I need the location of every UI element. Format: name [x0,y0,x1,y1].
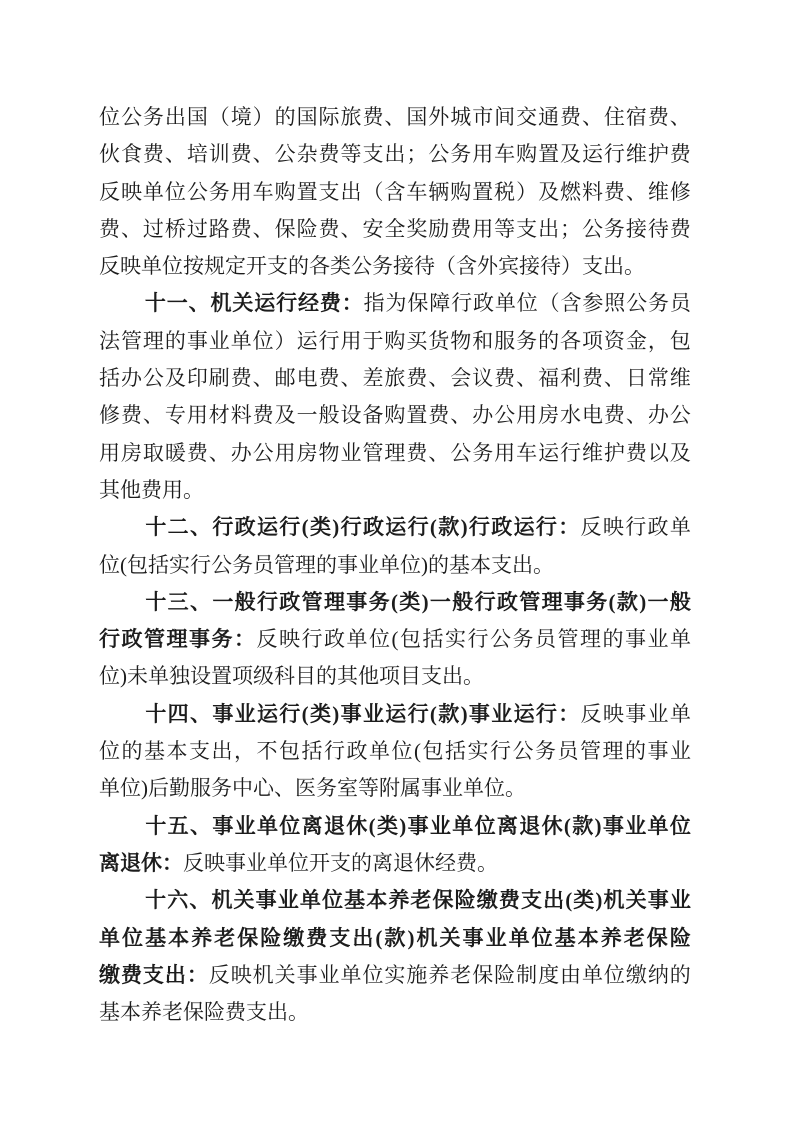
text-char: ， [648,323,669,360]
text-char: 的 [122,733,143,770]
text-char: 行 [279,696,300,733]
text-char: 、 [190,696,211,733]
text-char: 费 [187,435,208,472]
text-char: 行 [625,509,646,546]
text-char: 业 [648,621,669,658]
text-char: 理 [384,435,405,472]
text-char: 单 [347,621,368,658]
text-char: 反 [257,621,278,658]
text-char: 保 [407,285,428,322]
text-char: 励 [428,211,449,248]
paragraph: 十一、机关运行经费：指为保障行政单位（含参照公务员法管理的事业单位）运行用于购买… [99,285,691,509]
text-char: ； [406,136,427,173]
text-char: 行 [560,435,581,472]
text-char: ） [516,174,537,211]
text-char: 办 [121,360,142,397]
text-char: ) [595,808,602,845]
text-char: 由 [560,957,581,994]
text-char: 用 [516,397,537,434]
text-char: 本 [366,882,387,919]
text-char: （ [209,99,230,136]
text-char: 以 [648,435,669,472]
text-char: 老 [410,882,431,919]
text-char: 务 [472,435,493,472]
text-char: 反 [581,696,602,733]
text-char: 行 [536,696,557,733]
text-char: 待 [648,211,669,248]
text-char: 行 [475,584,496,621]
text-char: 行 [469,509,490,546]
text-char: 费 [320,285,341,322]
text-char: 业 [670,733,691,770]
text-char: 老 [624,920,645,957]
text-char: 二 [168,509,189,546]
text-char: 实 [445,621,466,658]
text-char: 取 [143,435,164,472]
text-char: 机 [253,957,274,994]
text-char: 缴 [99,957,120,994]
text-char: 位 [322,882,343,919]
text-line: 缴费支出：反映机关事业单位实施养老保险制度由单位缴纳的 [99,957,691,994]
text-char: 政 [122,621,143,658]
text-char: 行 [257,584,278,621]
text-char: 及 [560,136,581,173]
text-char: 业 [278,882,299,919]
text-char: 款 [617,584,638,621]
text-char: 三 [168,584,189,621]
text-char: 保 [647,920,668,957]
text-char: 公 [275,136,296,173]
text-char: 日 [626,360,647,397]
text-char: 、 [165,136,186,173]
text-char: 货 [428,323,449,360]
text-char: 务 [516,323,537,360]
text-char: 业 [486,920,507,957]
text-char: 公 [450,435,471,472]
text-line: 行政管理事务：反映行政单位(包括实行公务员管理的事业单 [99,621,691,658]
text-char: 费 [319,360,340,397]
text-line: 十六、机关事业单位基本养老保险缴费支出(类)机关事业 [99,882,691,919]
text-char: ( [414,733,421,770]
text-char: 、 [670,99,691,136]
text-char: 经 [298,285,319,322]
text-char: 公 [121,99,142,136]
text-char: 政 [491,509,512,546]
text-line: 离退休：反映事业单位开支的离退休经费。 [99,845,691,882]
text-char: 基 [555,920,576,957]
text-char: ( [392,621,399,658]
text-char: 费 [231,360,252,397]
text-char: 政 [497,584,518,621]
text-char: 度 [538,957,559,994]
text-char: 运 [254,285,275,322]
text-char: 缴 [626,957,647,994]
text-char: 离 [302,808,323,845]
text-char: 过 [143,211,164,248]
text-char: 费 [670,136,691,173]
text-char: 、 [450,397,471,434]
paragraph-indent [99,832,144,833]
text-char: 购 [450,174,471,211]
text-char: 刷 [209,360,230,397]
text-char: 款 [384,920,405,957]
text-line: 十四、事业运行(类)事业运行(款)事业运行：反映事业单 [99,696,691,733]
text-char: 房 [121,435,142,472]
text-line: 十二、行政运行(类)行政运行(款)行政运行：反映行政单 [99,509,691,546]
text-char: ： [234,621,255,658]
text-char: 车 [253,174,274,211]
text-char: 六 [167,882,188,919]
text-char: 费 [499,882,520,919]
text-char: 常 [648,360,669,397]
text-char: 行 [468,621,489,658]
text-char: 公 [513,733,534,770]
text-char: 等 [340,136,361,173]
text-char: 政 [347,733,368,770]
text-char: 关 [626,882,647,919]
text-char: 出 [543,882,564,919]
text-char: 旅 [340,99,361,136]
text-char: 公 [143,360,164,397]
text-char: 行 [319,323,340,360]
text-char: 政 [473,285,494,322]
text-char: 、 [604,360,625,397]
text-char: 事 [341,696,362,733]
text-char: 障 [429,285,450,322]
text-char: 料 [231,397,252,434]
text-char: 类 [573,882,594,919]
text-line: 修费、专用材料费及一般设备购置费、办公用房水电费、办公 [99,397,691,434]
text-char: 运 [385,509,406,546]
text-char: 休 [346,808,367,845]
text-char: 购 [384,397,405,434]
text-char: 公 [582,211,603,248]
text-char: 事 [189,621,210,658]
text-char: 不 [257,733,278,770]
text-char: 办 [472,397,493,434]
text-char: 、 [516,360,537,397]
text-char: 用 [494,435,515,472]
text-char: 出 [212,733,233,770]
text-char: 出 [538,211,559,248]
text-char: 类 [310,509,331,546]
text-char: 业 [648,696,669,733]
text-line: 费、过桥过路费、保险费、安全奖励费用等支出；公务接待费 [99,211,691,248]
text-char: 各 [560,323,581,360]
text-char: 业 [625,808,646,845]
text-char: 、 [253,360,274,397]
text-char: 事 [463,920,484,957]
text-char: 位 [362,957,383,994]
text-line: 位公务出国（境）的国际旅费、国外城市间交通费、住宿费、 [99,99,691,136]
text-char: 单 [670,509,691,546]
text-char: 反 [99,174,120,211]
text-char: 事 [408,808,429,845]
text-char: 房 [538,397,559,434]
text-char: 关 [234,882,255,919]
text-char: 业 [430,808,451,845]
text-char: ( [391,584,398,621]
text-char: 关 [275,957,296,994]
text-char: 十 [145,509,166,546]
text-char: 运 [538,435,559,472]
text-char: 训 [209,136,230,173]
text-char: 行 [302,621,323,658]
text-char: 的 [603,621,624,658]
text-line: 其他费用。 [99,472,691,509]
text-char: 境 [231,99,252,136]
text-char: 购 [516,136,537,173]
text-char: 辆 [428,174,449,211]
text-line: 十五、事业单位离退休(类)事业单位离退休(款)事业单位 [99,808,691,845]
text-char: ) [399,808,406,845]
text-char: 务 [450,136,471,173]
text-segment: 位)未单独设置项级科目的其他项目支出。 [99,664,484,688]
text-char: 理 [324,584,345,621]
text-char: 关 [232,285,253,322]
text-char: 、 [253,211,274,248]
text-char: 类 [310,696,331,733]
text-char: 位 [253,323,274,360]
text-char: 老 [214,920,235,957]
text-char: ： [187,957,208,994]
text-char: 用 [187,397,208,434]
text-char: 单 [340,957,361,994]
text-char: 及 [670,435,691,472]
text-char: 政 [279,584,300,621]
text-segment: 单位)后勤服务中心、医务室等附属事业单位。 [99,776,526,800]
text-char: 位 [392,733,413,770]
paragraph-indent [99,533,144,534]
text-char: 费 [450,211,471,248]
text-char: 政 [648,509,669,546]
text-char: 位 [670,808,691,845]
text-char: 安 [362,211,383,248]
text-char: 离 [497,808,518,845]
text-char: 反 [209,957,230,994]
text-char: 纳 [648,957,669,994]
text-char: 单 [648,808,669,845]
text-char: 单 [582,957,603,994]
text-line: 法管理的事业单位）运行用于购买货物和服务的各项资金，包 [99,323,691,360]
text-char: 交 [516,99,537,136]
text-char: 买 [406,323,427,360]
paragraph-indent [99,309,144,310]
text-char: 运 [385,696,406,733]
text-char: 务 [369,584,390,621]
text-char: 位 [122,920,143,957]
text-char: 位 [99,733,120,770]
text-char: 费 [231,136,252,173]
text-char: 桥 [165,211,186,248]
text-char: 照 [604,285,625,322]
text-char: 议 [472,360,493,397]
text-char: 费 [99,211,120,248]
text-char: 购 [384,323,405,360]
text-char: 接 [626,211,647,248]
text-char: 旅 [384,360,405,397]
text-char: 运 [514,696,535,733]
text-char: 行 [451,285,472,322]
text-line: 单位)后勤服务中心、医务室等附属事业单位。 [99,770,691,807]
text-char: 、 [121,211,142,248]
text-char: ) [639,584,646,621]
text-char: 指 [364,285,385,322]
text-char: 公 [670,397,691,434]
text-char: 制 [516,957,537,994]
text-line: 用房取暖费、办公用房物业管理费、公务用车运行维护费以及 [99,435,691,472]
text-char: 映 [121,174,142,211]
text-char: 含 [561,285,582,322]
text-char: 电 [582,397,603,434]
text-char: 、 [143,397,164,434]
text-char: 、 [190,584,211,621]
text-char: 城 [450,99,471,136]
text-char: 运 [257,696,278,733]
text-char: 险 [455,882,476,919]
text-char: 、 [428,360,449,397]
text-char: 本 [168,920,189,957]
text-char: 括 [445,733,466,770]
text-char: 务 [209,174,230,211]
text-char: 务 [586,584,607,621]
text-char: 材 [209,397,230,434]
text-char: 单 [143,174,164,211]
text-char: 单 [231,323,252,360]
text-char: 费 [319,211,340,248]
text-char: 一 [430,584,451,621]
text-char: 差 [362,360,383,397]
text-char: 十 [145,808,166,845]
text-char: 住 [604,99,625,136]
text-char: 行 [212,509,233,546]
text-char: ； [560,211,581,248]
text-line: 位(包括实行公务员管理的事业单位)的基本支出。 [99,547,691,584]
text-char: 实 [468,733,489,770]
text-char: 、 [189,882,210,919]
text-char: 、 [582,99,603,136]
text-char: 费 [319,136,340,173]
text-char: 及 [538,174,559,211]
text-char: 单 [452,808,473,845]
text-char: 包 [670,323,691,360]
text-char: 单 [99,920,120,957]
text-char: 险 [494,957,515,994]
text-char: 基 [144,733,165,770]
text-char: 于 [362,323,383,360]
text-char: 单 [670,696,691,733]
text-char: 、 [253,136,274,173]
text-char: 通 [538,99,559,136]
text-char: 行 [276,285,297,322]
text-char: 业 [319,957,340,994]
text-char: 理 [603,733,624,770]
text-char: 备 [362,397,383,434]
text-char: 用 [99,435,120,472]
text-char: 费 [362,99,383,136]
text-char: 物 [450,323,471,360]
text-char: 出 [352,920,373,957]
text-char: 行 [341,509,362,546]
text-char: 事 [187,323,208,360]
text-char: 和 [472,323,493,360]
text-char: 伙 [99,136,120,173]
text-char: 、 [189,285,210,322]
text-char: 费 [231,211,252,248]
text-char: 事 [603,808,624,845]
text-char: 支 [189,733,210,770]
text-char: ) [461,696,468,733]
text-char: 行 [536,509,557,546]
text-char: 过 [187,211,208,248]
text-char: ： [558,696,579,733]
text-char: 全 [384,211,405,248]
text-char: ) [407,920,414,957]
text-char: 包 [400,621,421,658]
text-segment: 基本养老保险费支出。 [99,1000,309,1024]
text-char: 位 [604,957,625,994]
text-char: 行 [99,621,120,658]
text-char: 位 [517,285,538,322]
text-char: 单 [300,882,321,919]
text-char: 用 [472,136,493,173]
text-segment: 离退休： [99,851,183,875]
text-char: 般 [319,397,340,434]
text-char: 行 [604,136,625,173]
text-char: 支 [143,957,164,994]
text-char: 险 [670,920,691,957]
text-line: 括办公及印刷费、邮电费、差旅费、会议费、福利费、日常维 [99,360,691,397]
text-char: 费 [428,397,449,434]
text-char: 运 [514,509,535,546]
text-char: 事 [564,584,585,621]
text-char: 政 [235,509,256,546]
text-char: ) [461,509,468,546]
text-char: 款 [438,696,459,733]
text-char: 反 [581,509,602,546]
text-char: 费 [406,360,427,397]
text-char: 十 [145,696,166,733]
text-char: 十 [145,285,166,322]
text-char: 位 [99,99,120,136]
text-char: 四 [168,696,189,733]
text-char: 国 [297,99,318,136]
text-char: 管 [121,323,142,360]
text-char: 、 [190,808,211,845]
text-char: 本 [578,920,599,957]
text-char: 施 [406,957,427,994]
text-char: ： [342,285,363,322]
text-char: 事 [297,957,318,994]
text-char: 培 [187,136,208,173]
text-char: 项 [582,323,603,360]
text-char: 本 [167,733,188,770]
text-char: 一 [212,584,233,621]
text-char: 费 [121,957,142,994]
text-char: 金 [626,323,647,360]
text-char: 事 [648,733,669,770]
text-line: 伙食费、培训费、公杂费等支出；公务用车购置及运行维护费 [99,136,691,173]
text-char: 业 [235,696,256,733]
text-char: 专 [165,397,186,434]
text-char: 业 [235,808,256,845]
text-char: 保 [237,920,258,957]
text-char: 的 [275,99,296,136]
text-char: 款 [438,509,459,546]
text-char: 暖 [165,435,186,472]
text-char: 事 [346,584,367,621]
text-char: 公 [428,136,449,173]
